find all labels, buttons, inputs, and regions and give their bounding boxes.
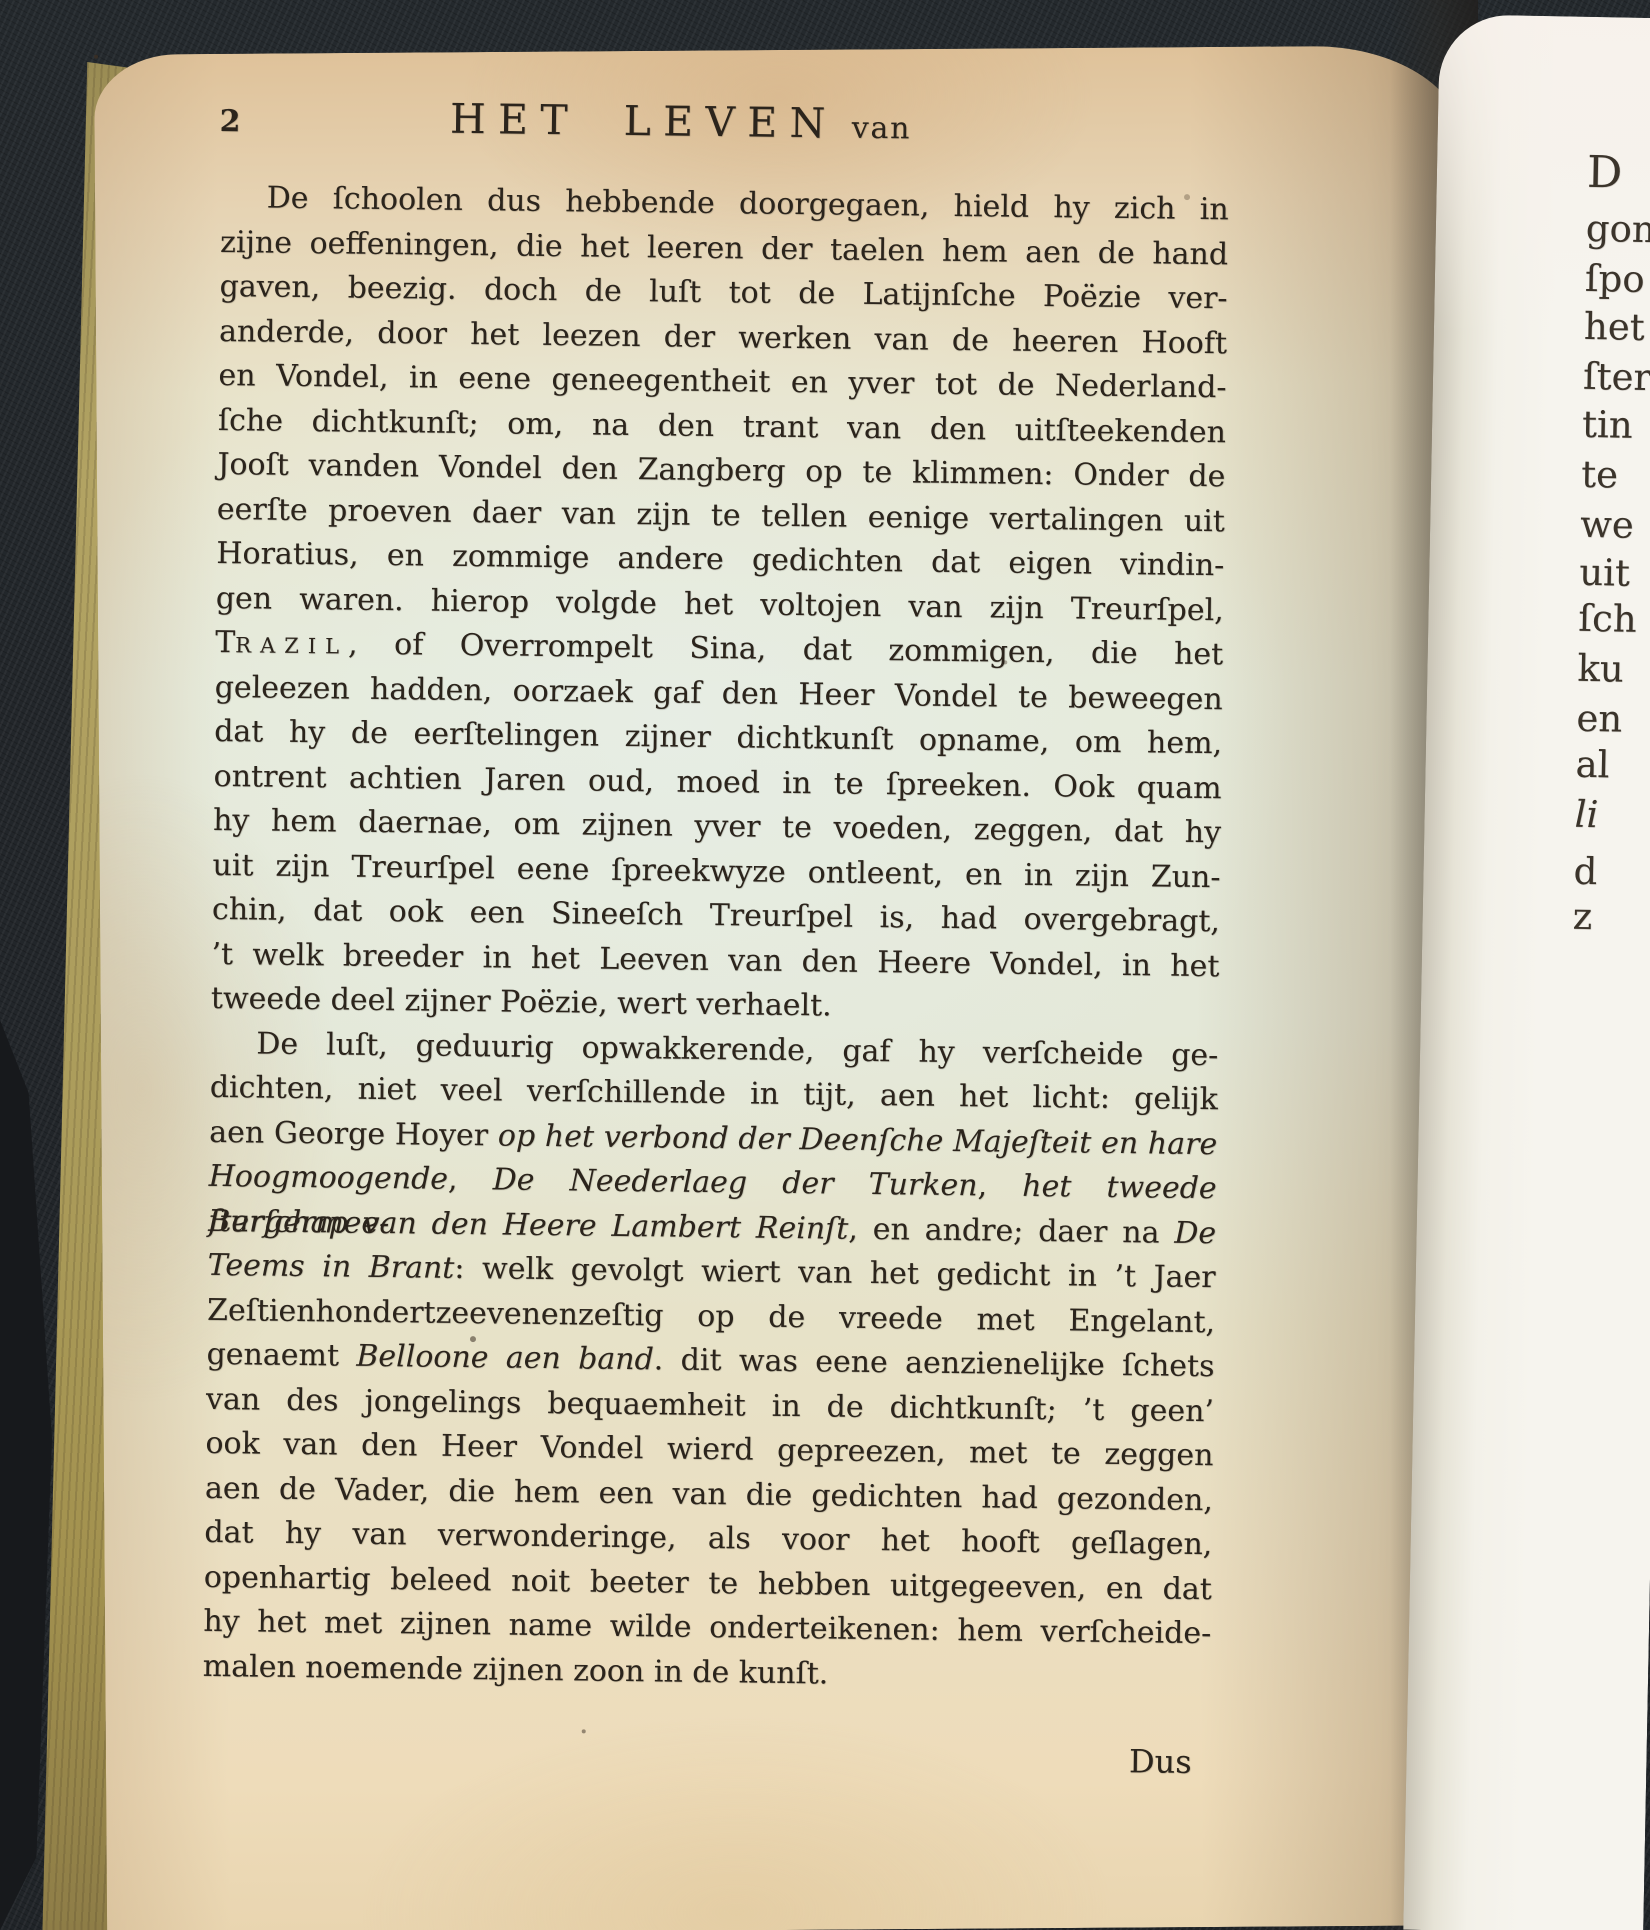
text-segment: Teems in Brant bbox=[207, 1248, 454, 1286]
facing-page-text-fragment: gon bbox=[1585, 207, 1650, 251]
text-segment: T bbox=[215, 625, 235, 660]
text-segment: en Vondel, in eene geneegentheit en yver… bbox=[218, 358, 1226, 405]
facing-page-edge: Dgonſpohetſtertinteweuitſchkuenallidz bbox=[1403, 14, 1650, 1930]
text-segment: dat hy de eerſtelingen zijner dichtkunſt… bbox=[214, 714, 1222, 761]
text-segment: ontrent achtien Jaren oud, moed in te ſp… bbox=[213, 758, 1221, 805]
facing-page-text-fragment: d bbox=[1573, 850, 1598, 893]
text-segment: , of Overrompelt Sina, dat zommigen, die… bbox=[348, 627, 1224, 673]
text-segment: . dit was eene aenzienelijke ſchets bbox=[654, 1342, 1215, 1384]
text-segment: gen waren. hierop volgde het voltojen va… bbox=[216, 580, 1224, 627]
text-segment: malen noemende zijnen zoon in de kunſt. bbox=[203, 1648, 829, 1691]
facing-page-text-fragment: te bbox=[1581, 453, 1619, 497]
text-segment: ſterſchap van den Heere Lambert Reinſt bbox=[208, 1203, 849, 1246]
facing-page-text-fragment: het bbox=[1584, 305, 1645, 349]
facing-page-text-fragment: ſch bbox=[1578, 597, 1637, 641]
text-segment: : welk gevolgt wiert van het gedicht in … bbox=[454, 1251, 1216, 1295]
text-segment: , en andre; daer na bbox=[848, 1211, 1174, 1250]
facing-page-text-fragment: tin bbox=[1582, 403, 1633, 447]
text-segment: Zeſtienhondertzeevenenzeſtig op de vreed… bbox=[207, 1292, 1215, 1339]
text-segment: De ſchoolen dus hebbende doorgegaen, hie… bbox=[266, 181, 1228, 228]
text-segment: gaven, beezig. doch de luſt tot de Latij… bbox=[219, 269, 1227, 316]
facing-page-text-fragment: D bbox=[1586, 147, 1622, 199]
text-block: De ſchoolen dus hebbende doorgegaen, hie… bbox=[202, 176, 1228, 1701]
facing-page-text-fragment: li bbox=[1574, 793, 1598, 836]
text-segment: Jooſt vanden Vondel den Zangberg op te k… bbox=[217, 447, 1225, 494]
text-segment: hy hem daernae, om zijnen yver te voeden… bbox=[213, 803, 1221, 850]
text-segment: hy het met zijnen name wilde onderteiken… bbox=[203, 1604, 1211, 1651]
facing-page-text-fragment: en bbox=[1576, 697, 1623, 741]
facing-page-text-fragment: z bbox=[1572, 895, 1592, 938]
header-title-suffix: van bbox=[852, 111, 912, 147]
text-segment: , bbox=[977, 1168, 1022, 1204]
text-segment: Belloone aen band bbox=[356, 1339, 654, 1378]
text-segment: chin, dat ook een Sineeſch Treurſpel is,… bbox=[212, 892, 1220, 939]
text-segment: razil bbox=[235, 625, 348, 661]
running-header: 2 HET LEVENvan bbox=[221, 92, 1230, 166]
text-segment: zijne oeffeningen, die het leeren der ta… bbox=[220, 224, 1228, 271]
text-segment: De luſt, geduurig opwakkerende, gaf hy v… bbox=[256, 1026, 1218, 1073]
facing-page-text-fragment: we bbox=[1580, 503, 1634, 547]
catchword: Dus bbox=[1129, 1742, 1192, 1781]
facing-page-text-fragment: ſter bbox=[1583, 355, 1650, 399]
paper-specks bbox=[94, 55, 98, 59]
text-segment: openhartig beleed noit beeter te hebben … bbox=[204, 1559, 1212, 1606]
text-segment: tweede deel zijner Poëzie, wert verhaelt… bbox=[211, 981, 832, 1024]
book-photo: Dgonſpohetſtertinteweuitſchkuenallidz 2 … bbox=[0, 0, 1650, 1930]
text-segment: genaemt bbox=[206, 1337, 356, 1374]
text-segment: De Neederlaeg der Turken bbox=[492, 1162, 977, 1203]
text-segment: op het verbond der Deenſche Majeſteit en… bbox=[498, 1118, 1218, 1162]
text-segment: van des jongelings bequaemheit in de dic… bbox=[206, 1381, 1214, 1428]
text-segment: Horatius, en zommige andere gedichten da… bbox=[216, 536, 1224, 583]
text-segment: dichten, niet veel verſchillende in tijt… bbox=[210, 1070, 1218, 1117]
text-segment: , bbox=[448, 1162, 493, 1198]
text-segment: Hoogmoogende bbox=[209, 1159, 449, 1197]
text-segment: ſche dichtkunſt; om, na den trant van de… bbox=[218, 402, 1226, 449]
text-segment: anderde, door het leezen der werken van … bbox=[219, 313, 1227, 360]
header-title-group: HET LEVENvan bbox=[221, 92, 1140, 151]
facing-page-text-fragment: uit bbox=[1579, 551, 1630, 595]
text-segment: ook van den Heer Vondel wierd gepreezen,… bbox=[205, 1426, 1213, 1473]
facing-page-text-fragment: al bbox=[1575, 743, 1610, 787]
text-segment: dat hy van verwonderinge, als voor het h… bbox=[204, 1515, 1212, 1562]
text-segment: geleezen hadden, oorzaek gaf den Heer Vo… bbox=[215, 669, 1223, 716]
page-text-layer: 2 HET LEVENvan De ſchoolen dus hebbende … bbox=[202, 92, 1230, 1781]
text-segment: ’t welk breeder in het Leeven van den He… bbox=[211, 936, 1219, 983]
facing-page-text-fragment: ku bbox=[1577, 647, 1624, 691]
header-title: HET LEVEN bbox=[450, 95, 838, 148]
text-segment: aen de Vader, die hem een van die gedich… bbox=[205, 1470, 1213, 1517]
text-segment: aen George Hoyer bbox=[209, 1114, 498, 1153]
facing-page-text-fragment: ſpo bbox=[1585, 257, 1645, 301]
text-segment: eerſte proeven daer van zijn te tellen e… bbox=[217, 491, 1225, 538]
text-segment: De bbox=[1174, 1215, 1216, 1251]
text-segment: uit zijn Treurſpel eene ſpreekwyze ontle… bbox=[212, 847, 1220, 894]
